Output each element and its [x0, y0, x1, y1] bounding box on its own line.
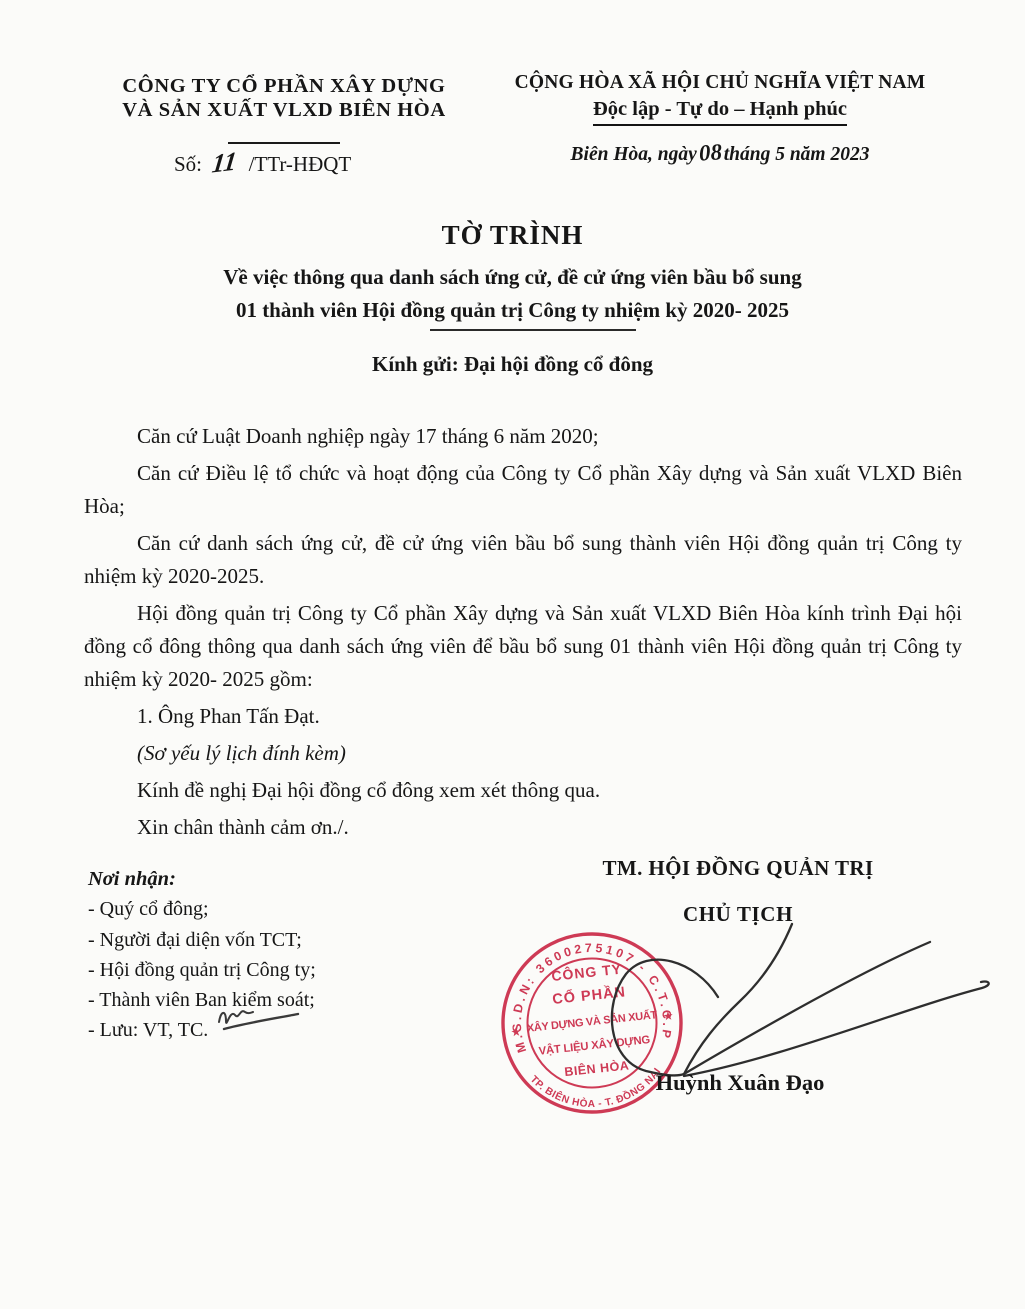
recipients-label: Nơi nhận: [88, 864, 316, 894]
signature-org-line: TM. HỘI ĐỒNG QUẢN TRỊ [500, 856, 976, 881]
paragraph-basis-3: Căn cứ danh sách ứng cử, đề cử ứng viên … [84, 527, 962, 593]
document-number-suffix: /TTr-HĐQT [249, 152, 352, 176]
paragraph-basis-2: Căn cứ Điều lệ tổ chức và hoạt động của … [84, 457, 962, 523]
national-title: CỘNG HÒA XÃ HỘI CHỦ NGHĨA VIỆT NAM [470, 72, 970, 94]
subtitle-line1: Về việc thông qua danh sách ứng cử, đề c… [60, 261, 965, 294]
document-subtitle: Về việc thông qua danh sách ứng cử, đề c… [60, 261, 965, 327]
dateline-prefix: Biên Hòa, ngày [571, 144, 697, 165]
stamp-center-line3: XÂY DỰNG VÀ SẢN XUẤT [526, 1008, 658, 1035]
dateline: Biên Hòa, ngày08tháng 5 năm 2023 [470, 140, 970, 166]
paragraph-request: Kính đề nghị Đại hội đồng cổ đông xem xé… [84, 774, 962, 807]
signer-name: Huỳnh Xuân Đạo [560, 1070, 920, 1096]
recipient-item: - Quý cổ đông; [88, 894, 316, 924]
issuing-org-block: CÔNG TY CỔ PHẦN XÂY DỰNG VÀ SẢN XUẤT VLX… [96, 74, 472, 122]
org-divider-rule [228, 142, 340, 144]
seal-and-signature: M.S.D.N: 3600275107 - C.T.C.P TP. BIÊN H… [450, 903, 1025, 1145]
recipient-item: - Hội đồng quản trị Công ty; [88, 955, 316, 985]
national-motto: Độc lập - Tự do – Hạnh phúc [593, 98, 847, 126]
document-title: TỜ TRÌNH [0, 220, 1025, 251]
paragraph-basis-1: Căn cứ Luật Doanh nghiệp ngày 17 tháng 6… [84, 420, 962, 453]
document-number-handwritten: 11 [210, 146, 238, 180]
paragraph-attachment-note: (Sơ yếu lý lịch đính kèm) [84, 737, 962, 770]
stamp-center-line4: VẬT LIỆU XÂY DỰNG [538, 1033, 651, 1058]
stamp-center-line1: CÔNG TY [551, 960, 623, 984]
star-icon: ★ [510, 1024, 522, 1039]
star-icon: ★ [662, 1008, 674, 1023]
body-text: Căn cứ Luật Doanh nghiệp ngày 17 tháng 6… [84, 420, 962, 848]
subtitle-line2: 01 thành viên Hội đồng quản trị Công ty … [60, 294, 965, 327]
subtitle-underline [430, 329, 636, 331]
document-number-line: Số:11/TTr-HĐQT [174, 148, 351, 178]
national-header-block: CỘNG HÒA XÃ HỘI CHỦ NGHĨA VIỆT NAM Độc l… [470, 72, 970, 166]
clerk-initials-squiggle [214, 1002, 306, 1036]
recipient-item: - Người đại diện vốn TCT; [88, 925, 316, 955]
document-number-label: Số: [174, 152, 202, 176]
paragraph-proposal: Hội đồng quản trị Công ty Cổ phần Xây dự… [84, 597, 962, 696]
salutation-line: Kính gửi: Đại hội đồng cổ đông [0, 352, 1025, 377]
document-page: CÔNG TY CỔ PHẦN XÂY DỰNG VÀ SẢN XUẤT VLX… [0, 0, 1025, 1309]
org-name-line2: VÀ SẢN XUẤT VLXD BIÊN HÒA [96, 98, 472, 122]
paragraph-thanks: Xin chân thành cảm ơn./. [84, 811, 962, 844]
paragraph-candidate: 1. Ông Phan Tấn Đạt. [84, 700, 962, 733]
org-name-line1: CÔNG TY CỔ PHẦN XÂY DỰNG [96, 74, 472, 98]
dateline-suffix: tháng 5 năm 2023 [724, 144, 870, 165]
date-day-handwritten: 08 [698, 139, 723, 167]
